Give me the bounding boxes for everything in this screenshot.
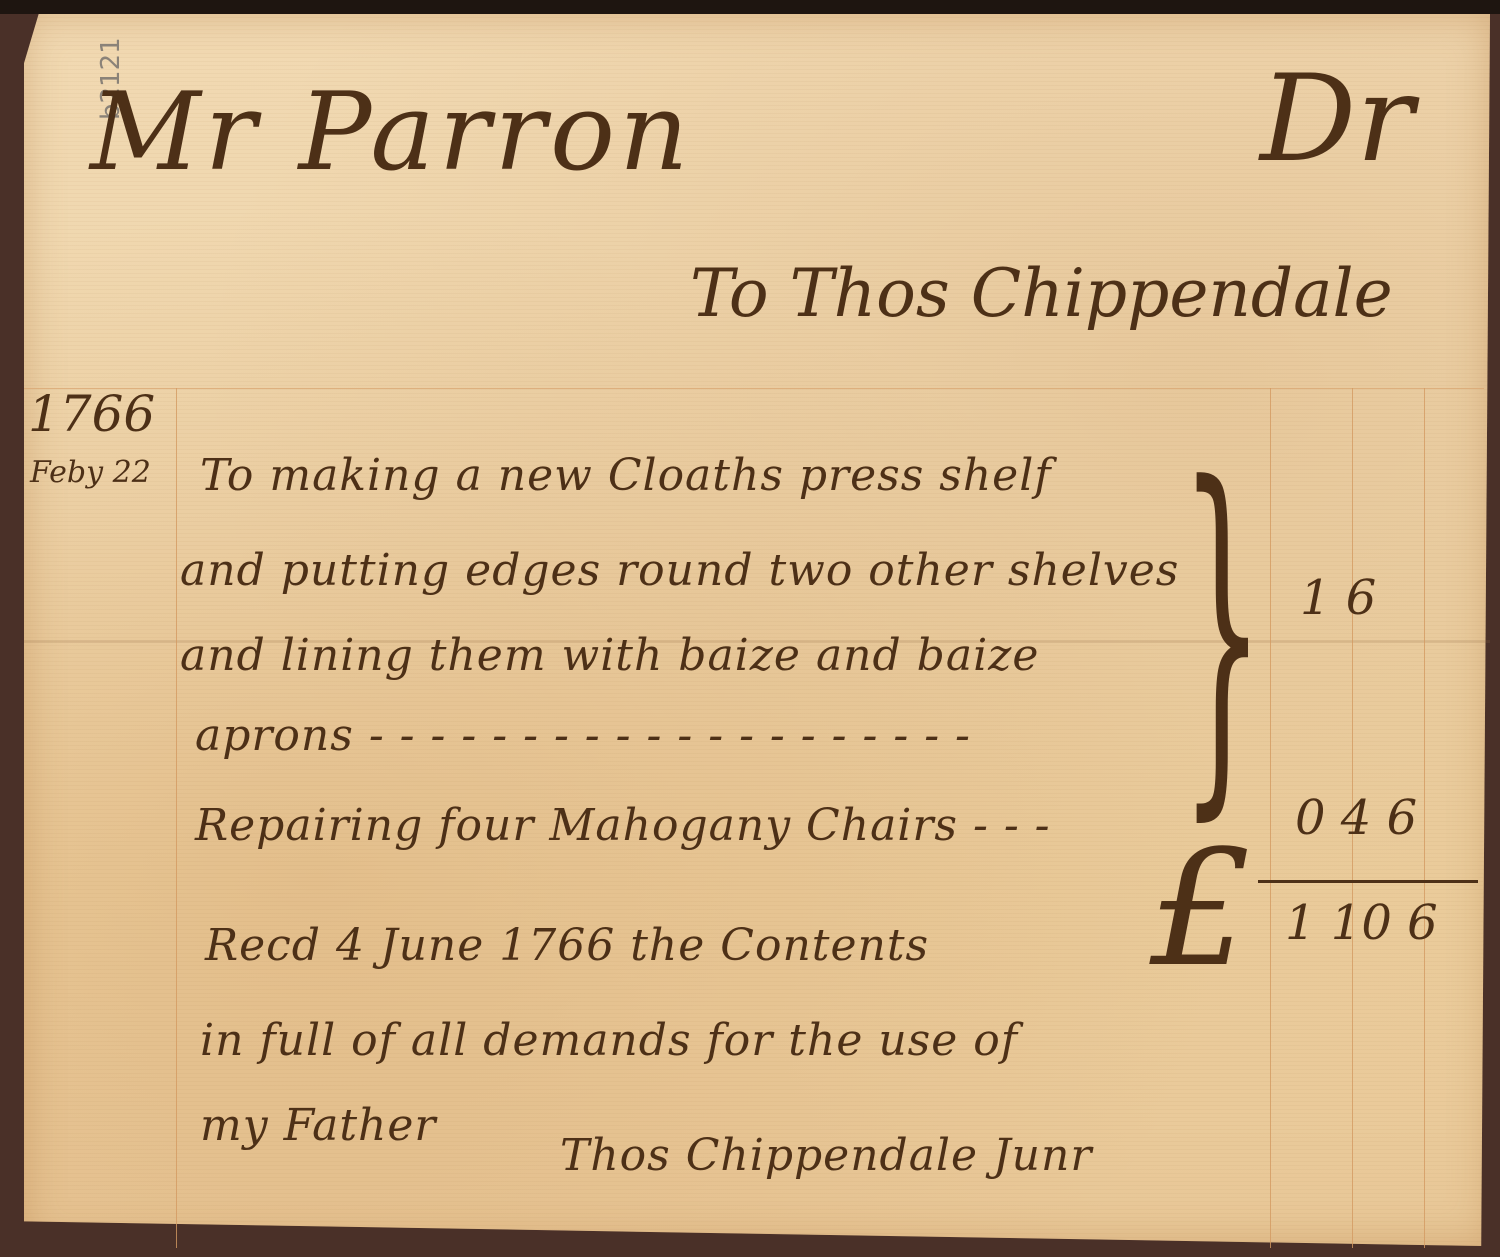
pence-column-rule	[1424, 388, 1425, 1248]
creditor-line: To Thos Chippendale	[690, 255, 1393, 332]
item-2-line-1: Repairing four Mahogany Chairs - - -	[195, 800, 1051, 851]
item-2-amount: 0 4 6	[1295, 790, 1417, 846]
entry-date: Feby 22	[30, 455, 151, 490]
pounds-column-rule	[1270, 388, 1271, 1248]
item-1-line-2: and putting edges round two other shelve…	[180, 545, 1179, 596]
item-1-line-3: and lining them with baize and baize	[180, 630, 1039, 681]
addressee-prefix: Mr	[90, 70, 260, 195]
total-amount: 1 10 6	[1285, 895, 1438, 951]
frame-top-edge	[0, 0, 1500, 14]
debtor-mark: Dr	[1260, 50, 1414, 189]
pound-sign: £	[1150, 815, 1252, 1002]
item-1-line-4: aprons - - - - - - - - - - - - - - - - -…	[195, 710, 971, 761]
receipt-line-1: Recd 4 June 1766 the Contents	[205, 920, 929, 971]
item-1-brace: }	[1180, 440, 1265, 820]
addressee: Mr Parron	[90, 70, 693, 195]
signature: Thos Chippendale Junr	[560, 1130, 1092, 1181]
receipt-line-2: in full of all demands for the use of	[200, 1015, 1018, 1066]
addressee-name: Parron	[299, 70, 693, 195]
item-1-line-1: To making a new Cloaths press shelf	[200, 450, 1052, 501]
header-ruling-line	[24, 388, 1484, 389]
date-column-rule	[176, 388, 177, 1248]
receipt-line-3: my Father	[200, 1100, 436, 1151]
item-1-amount: 1 6	[1300, 570, 1376, 626]
entry-year: 1766	[28, 385, 155, 443]
total-rule	[1258, 880, 1478, 883]
